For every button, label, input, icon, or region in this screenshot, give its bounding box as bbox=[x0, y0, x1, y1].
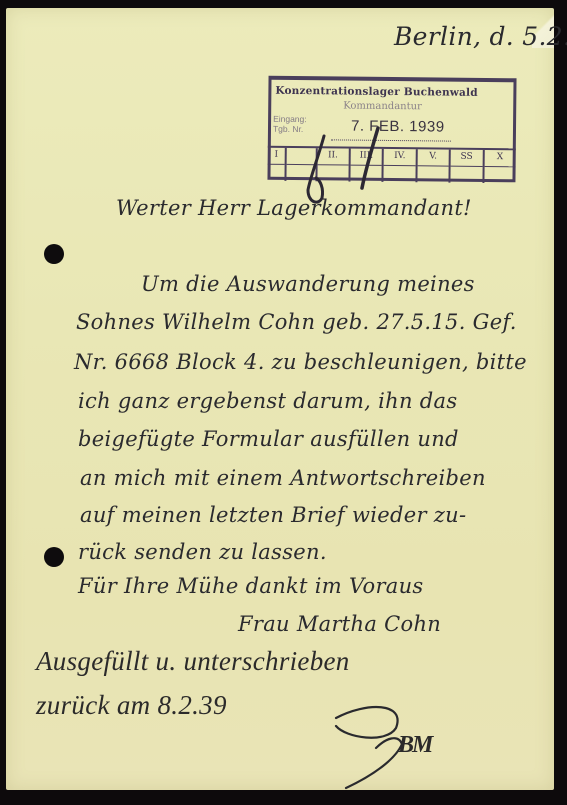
closing-line: Für Ihre Mühe dankt im Voraus bbox=[78, 574, 424, 598]
body-line-7: auf meinen letzten Brief wieder zu- bbox=[80, 503, 466, 527]
body-line-6: an mich mit einem Antwortschreiben bbox=[80, 466, 486, 490]
punch-hole-top bbox=[44, 244, 64, 264]
annotation-filled-signed: Ausgefüllt u. unterschrieben bbox=[36, 646, 350, 677]
sender-signature: Frau Martha Cohn bbox=[238, 612, 441, 636]
stamp-cell: V. bbox=[417, 149, 451, 182]
stamp-title: Konzentrationslager Buchenwald bbox=[275, 85, 478, 99]
body-line-4: ich ganz ergebenst darum, ihn das bbox=[78, 389, 457, 413]
stamp-label-eingang: Eingang: bbox=[273, 114, 307, 124]
body-line-2: Sohnes Wilhelm Cohn geb. 27.5.15. Gef. bbox=[76, 310, 517, 334]
initials: BM bbox=[398, 732, 431, 759]
body-line-8: rück senden zu lassen. bbox=[78, 540, 327, 564]
body-line-1: Um die Auswanderung meines bbox=[141, 272, 475, 296]
letter-page: Berlin, d. 5.2.39. Konzentrationslager B… bbox=[6, 8, 554, 790]
place-date: Berlin, d. 5.2.39. bbox=[394, 22, 567, 51]
stamp-cell: SS bbox=[451, 150, 485, 183]
punch-hole-bottom bbox=[44, 547, 64, 567]
body-line-5: beigefügte Formular ausfüllen und bbox=[78, 427, 459, 451]
stamp-subtitle: Kommandantur bbox=[343, 100, 422, 112]
annotation-returned-date: zurück am 8.2.39 bbox=[36, 690, 227, 721]
stamp-cell: I bbox=[267, 148, 287, 181]
salutation: Werter Herr Lagerkommandant! bbox=[116, 196, 472, 220]
stamp-cell: X bbox=[484, 150, 516, 183]
body-line-3: Nr. 6668 Block 4. zu beschleunigen, bitt… bbox=[74, 350, 527, 374]
